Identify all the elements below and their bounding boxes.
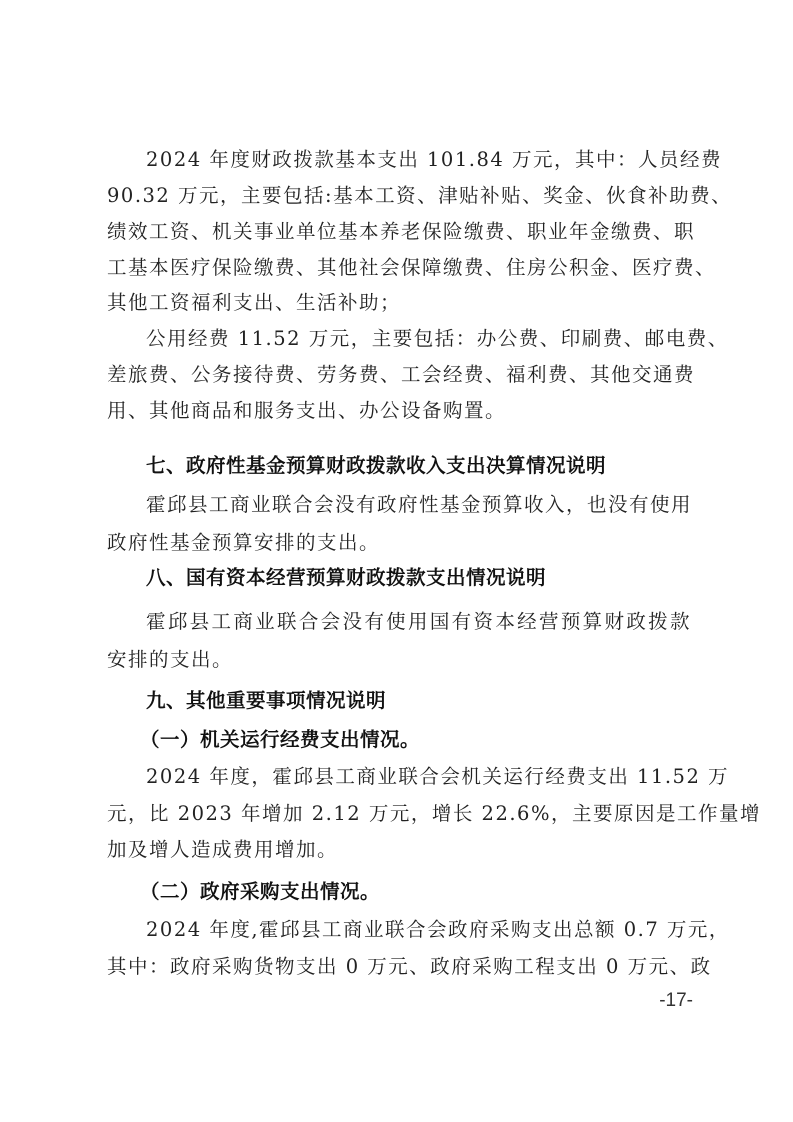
- section-9-sub-1-heading: （一）机关运行经费支出情况。: [140, 728, 691, 752]
- paragraph-basic-expenditure-line-1: 2024 年度财政拨款基本支出 101.84 万元，其中：人员经费: [146, 148, 691, 172]
- paragraph-basic-expenditure-line-5: 其他工资福利支出、生活补助；: [107, 291, 691, 315]
- section-8-heading: 八、国有资本经营预算财政拨款支出情况说明: [146, 566, 691, 590]
- section-9-sub-2-heading: （二）政府采购支出情况。: [140, 880, 691, 904]
- section-9-sub-2-body-line-1: 2024 年度,霍邱县工商业联合会政府采购支出总额 0.7 万元，: [146, 918, 691, 942]
- section-7-heading: 七、政府性基金预算财政拨款收入支出决算情况说明: [146, 454, 691, 478]
- section-8-body-line-2: 安排的支出。: [107, 648, 691, 672]
- paragraph-public-expenditure-line-3: 用、其他商品和服务支出、办公设备购置。: [107, 399, 691, 423]
- section-9-sub-2-body-line-2: 其中：政府采购货物支出 0 万元、政府采购工程支出 0 万元、政: [107, 955, 691, 979]
- document-page: 2024 年度财政拨款基本支出 101.84 万元，其中：人员经费 90.32 …: [0, 0, 793, 1122]
- paragraph-basic-expenditure-line-3: 绩效工资、机关事业单位基本养老保险缴费、职业年金缴费、职: [107, 220, 691, 244]
- paragraph-public-expenditure-line-2: 差旅费、公务接待费、劳务费、工会经费、福利费、其他交通费: [107, 363, 691, 387]
- section-7-body-line-2: 政府性基金预算安排的支出。: [107, 531, 691, 555]
- paragraph-basic-expenditure-line-4: 工基本医疗保险缴费、其他社会保障缴费、住房公积金、医疗费、: [107, 256, 691, 280]
- section-7-body-line-1: 霍邱县工商业联合会没有政府性基金预算收入，也没有使用: [146, 493, 691, 517]
- section-9-heading: 九、其他重要事项情况说明: [146, 689, 691, 713]
- section-8-body-line-1: 霍邱县工商业联合会没有使用国有资本经营预算财政拨款: [146, 610, 691, 634]
- page-number: -17-: [648, 989, 693, 1013]
- section-9-sub-1-body-line-3: 加及增人造成费用增加。: [107, 838, 691, 862]
- section-9-sub-1-body-line-2: 元，比 2023 年增加 2.12 万元，增长 22.6%，主要原因是工作量增: [107, 802, 691, 826]
- paragraph-basic-expenditure-line-2: 90.32 万元，主要包括:基本工资、津贴补贴、奖金、伙食补助费、: [107, 184, 691, 208]
- section-9-sub-1-body-line-1: 2024 年度，霍邱县工商业联合会机关运行经费支出 11.52 万: [146, 765, 691, 789]
- paragraph-public-expenditure-line-1: 公用经费 11.52 万元，主要包括：办公费、印刷费、邮电费、: [146, 327, 691, 351]
